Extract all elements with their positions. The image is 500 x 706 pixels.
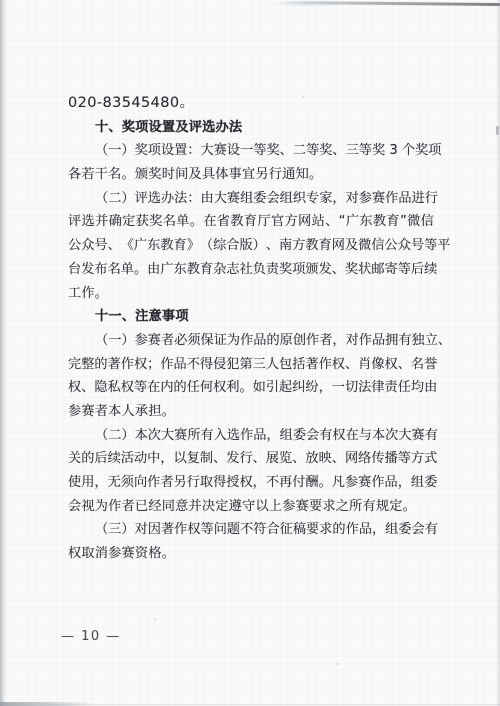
paragraph-line: 参赛者本人承担。	[68, 400, 434, 424]
paragraph-line: 完整的著作权；作品不得侵犯第三人包括著作权、肖像权、名誉	[68, 353, 434, 377]
paragraph-line: 各若干名。颁奖时间及具体事宜另行通知。	[68, 163, 434, 187]
paragraph-line: 关的后续活动中，以复制、发行、展览、放映、网络传播等方式	[68, 447, 434, 471]
section-heading-11: 十一、注意事项	[68, 305, 434, 329]
paragraph-line: 使用，无须向作者另行取得授权，不再付酬。凡参赛作品，组委	[68, 471, 434, 495]
scan-bottom-edge-line	[0, 704, 500, 705]
scan-speckle	[336, 663, 338, 665]
phone-number-line: 020-83545480。	[68, 92, 434, 116]
section-heading-10: 十、奖项设置及评选办法	[68, 116, 434, 140]
scan-edge-right-shadow	[496, 0, 500, 706]
paragraph-line: 权取消参赛资格。	[68, 542, 434, 566]
paragraph-line: 公众号、《广东教育》（综合版）、南方教育网及微信公众号等平	[68, 234, 434, 258]
document-text-block: 020-83545480。 十、奖项设置及评选办法 （一）奖项设置：大赛设一等奖…	[68, 92, 434, 566]
paragraph-line: 权、隐私权等在内的任何权利。如引起纠纷，一切法律责任均由	[68, 376, 434, 400]
scan-speckle	[455, 575, 457, 577]
scan-speckle	[154, 618, 156, 620]
paragraph-line: （一）参赛者必须保证为作品的原创作者，对作品拥有独立、	[68, 329, 434, 353]
paragraph-line: （二）本次大赛所有入选作品，组委会有权在与本次大赛有	[68, 424, 434, 448]
paragraph-line: （二）评选办法：由大赛组委会组织专家，对参赛作品进行	[68, 187, 434, 211]
scan-right-edge-mark	[496, 126, 499, 135]
page-number: — 10 —	[61, 629, 121, 644]
scanned-page: 020-83545480。 十、奖项设置及评选办法 （一）奖项设置：大赛设一等奖…	[0, 0, 500, 706]
scan-edge-left-shadow	[0, 0, 7, 706]
paragraph-line: 评选并确定获奖名单。在省教育厅官方网站、“广东教育”微信	[68, 210, 434, 234]
paragraph-line: （三）对因著作权等问题不符合征稿要求的作品，组委会有	[68, 518, 434, 542]
paragraph-line: （一）奖项设置：大赛设一等奖、二等奖、三等奖 3 个奖项	[68, 139, 434, 163]
paragraph-line: 工作。	[68, 282, 434, 306]
paragraph-line: 台发布名单。由广东教育杂志社负责奖项颁发、奖状邮寄等后续	[68, 258, 434, 282]
paragraph-line: 会视为作者已经同意并决定遵守以上参赛要求之所有规定。	[68, 495, 434, 519]
